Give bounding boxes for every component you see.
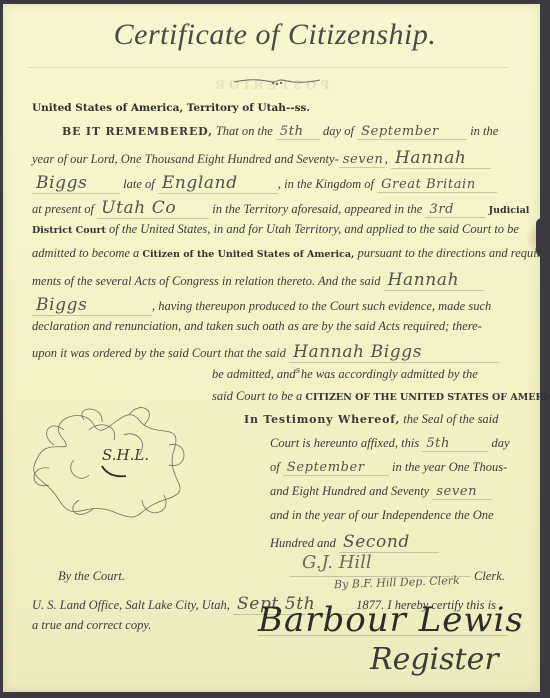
- text-span: said Court to be a: [212, 389, 302, 403]
- be-it-remembered: BE IT REMEMBERED,: [62, 125, 213, 138]
- ornament-flourish-icon: [232, 74, 322, 88]
- testimony-line-2: Court is hereunto affixed, this 5th day: [270, 436, 510, 452]
- text-span: District Court: [32, 225, 106, 236]
- text-span: he was accordingly admitted by the: [301, 367, 478, 381]
- text-span: the Seal of the said: [403, 412, 498, 426]
- clerk-label: Clerk.: [474, 569, 505, 584]
- text-span: Citizen of the United States of America,: [142, 249, 354, 260]
- text-span: be admitted, and: [212, 367, 296, 381]
- text-span: That on the: [216, 124, 273, 138]
- text-span: , in the Kingdom of: [278, 177, 374, 191]
- testimony-day-field: 5th: [422, 436, 488, 452]
- body-line-2: year of our Lord, One Thousand Eight Hun…: [32, 148, 491, 169]
- body-line-4: at present of Utah Co in the Territory a…: [32, 198, 529, 219]
- handwritten-origin: England: [158, 173, 242, 193]
- handwritten-district: 3rd: [425, 202, 458, 217]
- handwritten-year: seven: [339, 152, 388, 167]
- applicant-first-name-field: Hannah: [391, 148, 491, 169]
- handwritten-first-name: Hannah: [391, 148, 471, 168]
- handwritten-month: September: [357, 124, 443, 139]
- testimony-line-5: and in the year of our Independence the …: [270, 508, 494, 523]
- in-testimony-whereof: In Testimony Whereof,: [244, 413, 400, 426]
- body-line-9: declaration and renunciation, and taken …: [32, 319, 482, 334]
- register-label-signature: Register: [370, 642, 499, 677]
- register-signature-line: [258, 635, 508, 636]
- svg-text:S.H.L.: S.H.L.: [102, 446, 149, 464]
- body-line-10: upon it was ordered by the said Court th…: [32, 342, 499, 363]
- text-span: at present of: [32, 202, 94, 216]
- handwritten-residence: Utah Co: [97, 198, 180, 218]
- by-the-court: By the Court.: [58, 569, 125, 584]
- text-span: year of our Lord, One Thousand Eight Hun…: [32, 152, 339, 166]
- body-line-12: said Court to be a CITIZEN OF THE UNITED…: [212, 389, 550, 404]
- residence-field: Utah Co: [97, 198, 209, 219]
- handwritten-independence-year: Second: [339, 532, 414, 552]
- text-span: in the year One Thous-: [392, 460, 507, 474]
- citizen-declaration: CITIZEN OF THE UNITED STATES OF AMERICA.: [305, 392, 550, 403]
- testimony-line-1: In Testimony Whereof, the Seal of the sa…: [244, 412, 498, 427]
- text-span: Hundred and: [270, 536, 336, 550]
- testimony-year-field: seven: [432, 484, 492, 500]
- text-span: declaration and renunciation, and taken …: [32, 319, 482, 333]
- text-span: , having thereupon produced to the Court…: [152, 299, 491, 313]
- testimony-month-field: September: [283, 460, 389, 476]
- text-span: in the Territory aforesaid, appeared in …: [212, 202, 422, 216]
- month-field: September: [357, 124, 467, 140]
- applicant-name3-field: Hannah Biggs: [289, 342, 499, 363]
- handwritten-name: Hannah: [384, 270, 464, 290]
- text-span: Judicial: [489, 205, 530, 216]
- jurisdiction-heading: United States of America, Territory of U…: [32, 102, 310, 114]
- text-span: day of: [323, 124, 354, 138]
- text-span: of: [270, 460, 280, 474]
- text-span: day: [491, 436, 509, 450]
- certificate-title: Certificate of Citizenship.: [0, 18, 550, 52]
- body-line-6: admitted to become a Citizen of the Unit…: [32, 246, 550, 261]
- handwritten-last-name: Biggs: [32, 173, 91, 193]
- body-line-1: BE IT REMEMBERED, That on the 5th day of…: [62, 124, 498, 140]
- origin-field: England: [158, 173, 278, 194]
- handwritten-month: September: [283, 460, 369, 475]
- handwritten-kingdom: Great Britain: [377, 177, 480, 192]
- applicant-name2-last-field: Biggs: [32, 295, 152, 316]
- district-field: 3rd: [425, 202, 485, 218]
- body-line-5: District Court of the United States, in …: [32, 222, 519, 237]
- true-copy-line: a true and correct copy.: [32, 618, 151, 633]
- body-line-7: ments of the several Acts of Congress in…: [32, 270, 484, 291]
- text-span: Court is hereunto affixed, this: [270, 436, 419, 450]
- handwritten-name: Hannah Biggs: [289, 342, 426, 362]
- register-signature: Barbour Lewis: [258, 600, 524, 640]
- testimony-line-4: and Eight Hundred and Seventy seven: [270, 484, 492, 500]
- text-span: of the United States, in and for Utah Te…: [109, 222, 519, 236]
- text-span: U. S. Land Office, Salt Lake City, Utah,: [32, 598, 230, 612]
- text-span: upon it was ordered by the said Court th…: [32, 346, 286, 360]
- kingdom-field: Great Britain: [377, 177, 497, 193]
- testimony-line-6: Hundred and Second: [270, 532, 439, 553]
- independence-year-field: Second: [339, 532, 439, 553]
- testimony-line-3: of September in the year One Thous-: [270, 460, 507, 476]
- applicant-last-name-field: Biggs: [32, 173, 120, 194]
- text-span: admitted to become a: [32, 246, 139, 260]
- text-span: ments of the several Acts of Congress in…: [32, 274, 380, 288]
- court-seal-scrollwork: S.H.L.: [24, 400, 199, 525]
- applicant-name2-first-field: Hannah: [384, 270, 484, 291]
- clerk-signature: G.J. Hill: [302, 552, 372, 573]
- body-line-11: be admitted, andshe was accordingly admi…: [212, 366, 478, 382]
- handwritten-name: Biggs: [32, 295, 91, 315]
- handwritten-day: 5th: [276, 124, 308, 139]
- year-field: seven: [339, 152, 385, 168]
- day-field: 5th: [276, 124, 320, 140]
- handwritten-year: seven: [432, 484, 481, 499]
- body-line-8: Biggs, having thereupon produced to the …: [32, 295, 491, 316]
- handwritten-day: 5th: [422, 436, 454, 451]
- text-span: late of: [123, 177, 155, 191]
- text-span: pursuant to the directions and require-: [357, 246, 550, 260]
- body-line-3: Biggs late of England, in the Kingdom of…: [32, 173, 497, 194]
- text-span: in the: [470, 124, 498, 138]
- text-span: and Eight Hundred and Seventy: [270, 484, 429, 498]
- title-rule: [28, 67, 508, 68]
